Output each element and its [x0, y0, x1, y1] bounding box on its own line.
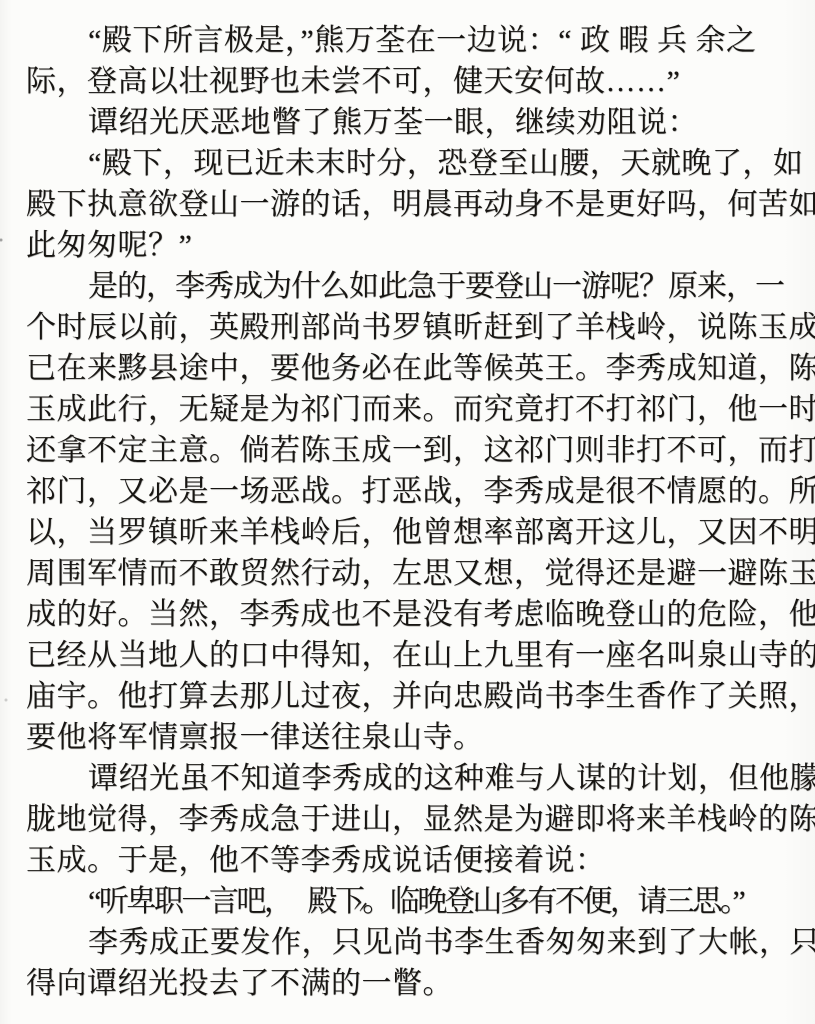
text-line: 还拿不定主意。倘若陈玉成一到，这祁门则非打不可，而打 [26, 430, 811, 471]
text-line: 周围军情而不敢贸然行动，左思又想，觉得还是避一避陈玉 [26, 553, 811, 594]
text-line: “听卑职一言吧，〃殿下。临晚登山多有不便，请三思。” [26, 881, 811, 922]
text-line: 庙宇。他打算去那儿过夜，并向忠殿尚书李生香作了关照， [26, 676, 811, 717]
text-line: 以，当罗镇昕来羊栈岭后，他曾想率部离开这儿，又因不明 [26, 512, 811, 553]
line-22-post: 殿下。临晚登山多有不便，请三思。” [307, 885, 743, 918]
text-line: 此匆匆呢？” [26, 225, 811, 266]
text-line: 成的好。当然，李秀成也不是没有考虑临晚登山的危险，他 [26, 594, 811, 635]
line-22-pre: “听卑职一言吧， [88, 885, 291, 918]
text-line: 胧地觉得，李秀成急于进山，显然是为避即将来羊栈岭的陈 [26, 799, 811, 840]
text-line: 是的，李秀成为什么如此急于要登山一游呢？原来，一 [26, 266, 811, 307]
text-line: 要他将军情禀报一律送往泉山寺。 [26, 717, 811, 758]
text-line: 际，登高以壮视野也未尝不可，健天安何故……” [26, 61, 811, 102]
text-line: 个时辰以前，英殿刑部尚书罗镇昕赶到了羊栈岭，说陈玉成 [26, 307, 811, 348]
scanned-page: “殿下所言极是，”熊万荃在一边说：“ 政 暇 兵 余之 际，登高以壮视野也未尝不… [0, 0, 815, 1024]
text-line: 玉成。于是，他不等李秀成说话便接着说： [26, 840, 811, 881]
text-line: 殿下执意欲登山一游的话，明晨再动身不是更好吗，何苦如 [26, 184, 811, 225]
text-line: 谭绍光厌恶地瞥了熊万荃一眼，继续劝阻说： [26, 102, 811, 143]
text-line: 得向谭绍光投去了不满的一瞥。 [26, 963, 811, 1004]
text-line: “殿下所言极是，”熊万荃在一边说：“ 政 暇 兵 余之 [26, 20, 811, 61]
text-line: “殿下，现已近未末时分，恐登至山腰，天就晚了，如 [26, 143, 811, 184]
text-line: 已在来黟县途中，要他务必在此等候英王。李秀成知道，陈 [26, 348, 811, 389]
text-block: “殿下所言极是，”熊万荃在一边说：“ 政 暇 兵 余之 际，登高以壮视野也未尝不… [26, 20, 811, 1004]
text-line: 玉成此行，无疑是为祁门而来。而究竟打不打祁门，他一时 [26, 389, 811, 430]
text-line: 已经从当地人的口中得知，在山上九里有一座名叫泉山寺的 [26, 635, 811, 676]
text-line: 谭绍光虽不知道李秀成的这种难与人谋的计划，但他朦 [26, 758, 811, 799]
text-line: 李秀成正要发作，只见尚书李生香匆匆来到了大帐，只 [26, 922, 811, 963]
text-line: 祁门，又必是一场恶战。打恶战，李秀成是很不情愿的。所 [26, 471, 811, 512]
